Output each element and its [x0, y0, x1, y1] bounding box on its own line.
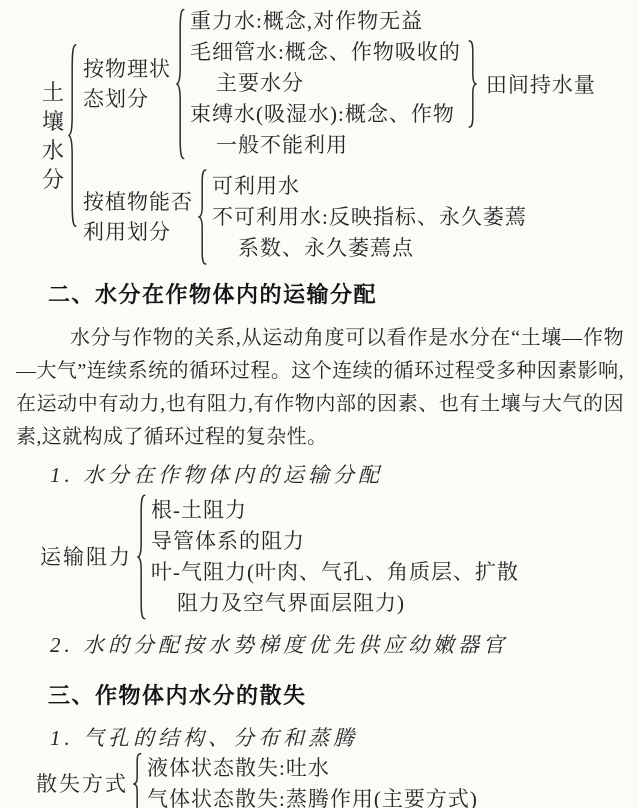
scanned-textbook-page: 土壤水分 按物理状 态划分 重力水:概念,对作物无益 毛细管水:概念、作物吸: [0, 0, 638, 808]
branch-physical-state: 按物理状 态划分 重力水:概念,对作物无益 毛细管水:概念、作物吸收的 主要水分…: [83, 6, 596, 161]
branch-plant-availability-label: 按植物能否 利用划分: [83, 187, 193, 247]
curly-brace-left-icon: [131, 753, 144, 808]
branch-label-line: 利用划分: [83, 217, 193, 247]
diagram-line-leaf-air: 叶-气阻力(叶肉、气孔、角质层、扩散: [151, 557, 519, 588]
field-capacity-annotation: 田间持水量: [486, 69, 596, 99]
transport-resistance-items: 根-土阻力 导管体系的阻力 叶-气阻力(叶肉、气孔、角质层、扩散 阻力及空气界面…: [151, 495, 519, 619]
field-capacity-group: 毛细管水:概念、作物吸收的 主要水分 束缚水(吸湿水):概念、作物 田间持水量: [190, 37, 596, 130]
section2-heading: 二、水分在作物体内的运输分配: [48, 281, 638, 308]
curly-brace-right-icon: [466, 40, 479, 128]
diagram-line-unavailable-water: 不可利用水:反映指标、永久萎蔫: [212, 202, 527, 233]
transport-resistance-diagram: 运输阻力 根-土阻力 导管体系的阻力 叶-气阻力(叶肉、气孔、角质层、扩散 阻力…: [40, 494, 638, 620]
curly-brace-left-icon: [174, 8, 187, 160]
diagram-line-available-water: 可利用水: [212, 171, 527, 202]
diagram-line-bound-cont: 一般不能利用: [190, 130, 596, 161]
diagram-line-capillary-water: 毛细管水:概念、作物吸收的: [190, 37, 461, 68]
water-loss-diagram: 散失方式 液体状态散失:吐水 气体状态散失:蒸腾作用(主要方式): [36, 753, 638, 808]
diagram-line-unavailable-cont: 系数、永久萎蔫点: [212, 233, 527, 264]
physical-state-items: 重力水:概念,对作物无益 毛细管水:概念、作物吸收的 主要水分 束缚水(吸湿水)…: [190, 6, 596, 161]
branch-label-line: 态划分: [83, 84, 171, 114]
field-capacity-items: 毛细管水:概念、作物吸收的 主要水分 束缚水(吸湿水):概念、作物: [190, 37, 461, 130]
plant-availability-items: 可利用水 不可利用水:反映指标、永久萎蔫 系数、永久萎蔫点: [212, 171, 527, 264]
soil-water-diagram: 土壤水分 按物理状 态划分 重力水:概念,对作物无益 毛细管水:概念、作物吸: [40, 6, 638, 265]
branch-plant-availability: 按植物能否 利用划分 可利用水 不可利用水:反映指标、永久萎蔫 系数、永久萎蔫点: [83, 169, 596, 265]
section2-paragraph: 水分与作物的关系,从运动角度可以看作是水分在“土壤—作物—大气”连续系统的循环过…: [16, 322, 624, 454]
diagram-line-vessel: 导管体系的阻力: [151, 526, 519, 557]
water-loss-items: 液体状态散失:吐水 气体状态散失:蒸腾作用(主要方式): [147, 753, 478, 808]
curly-brace-left-icon: [66, 43, 79, 228]
branch-label-line: 按植物能否: [83, 187, 193, 217]
section3-heading: 三、作物体内水分的散失: [48, 682, 638, 709]
diagram-line-root-soil: 根-土阻力: [151, 495, 519, 526]
diagram-line-bound-water: 束缚水(吸湿水):概念、作物: [190, 99, 461, 130]
branch-label-line: 按物理状: [83, 54, 171, 84]
branch-physical-state-label: 按物理状 态划分: [83, 54, 171, 114]
section3-item1: 1. 气孔的结构、分布和蒸腾: [50, 723, 638, 753]
section2-item1: 1. 水分在作物体内的运输分配: [50, 460, 638, 490]
curly-brace-left-icon: [196, 169, 209, 265]
section2-item2: 2. 水的分配按水势梯度优先供应幼嫩器官: [50, 630, 638, 660]
water-loss-label: 散失方式: [36, 769, 128, 799]
diagram-line-gravity-water: 重力水:概念,对作物无益: [190, 6, 596, 37]
diagram-line-leaf-air-cont: 阻力及空气界面层阻力): [151, 588, 519, 619]
diagram-line-capillary-cont: 主要水分: [190, 68, 461, 99]
soil-water-branches: 按物理状 态划分 重力水:概念,对作物无益 毛细管水:概念、作物吸收的 主要水分…: [83, 6, 596, 265]
curly-brace-left-icon: [135, 494, 148, 620]
soil-water-root-label: 土壤水分: [40, 78, 66, 194]
diagram-line-gas-loss: 气体状态散失:蒸腾作用(主要方式): [147, 784, 478, 808]
diagram-line-liquid-loss: 液体状态散失:吐水: [147, 753, 478, 784]
transport-resistance-label: 运输阻力: [40, 542, 132, 572]
